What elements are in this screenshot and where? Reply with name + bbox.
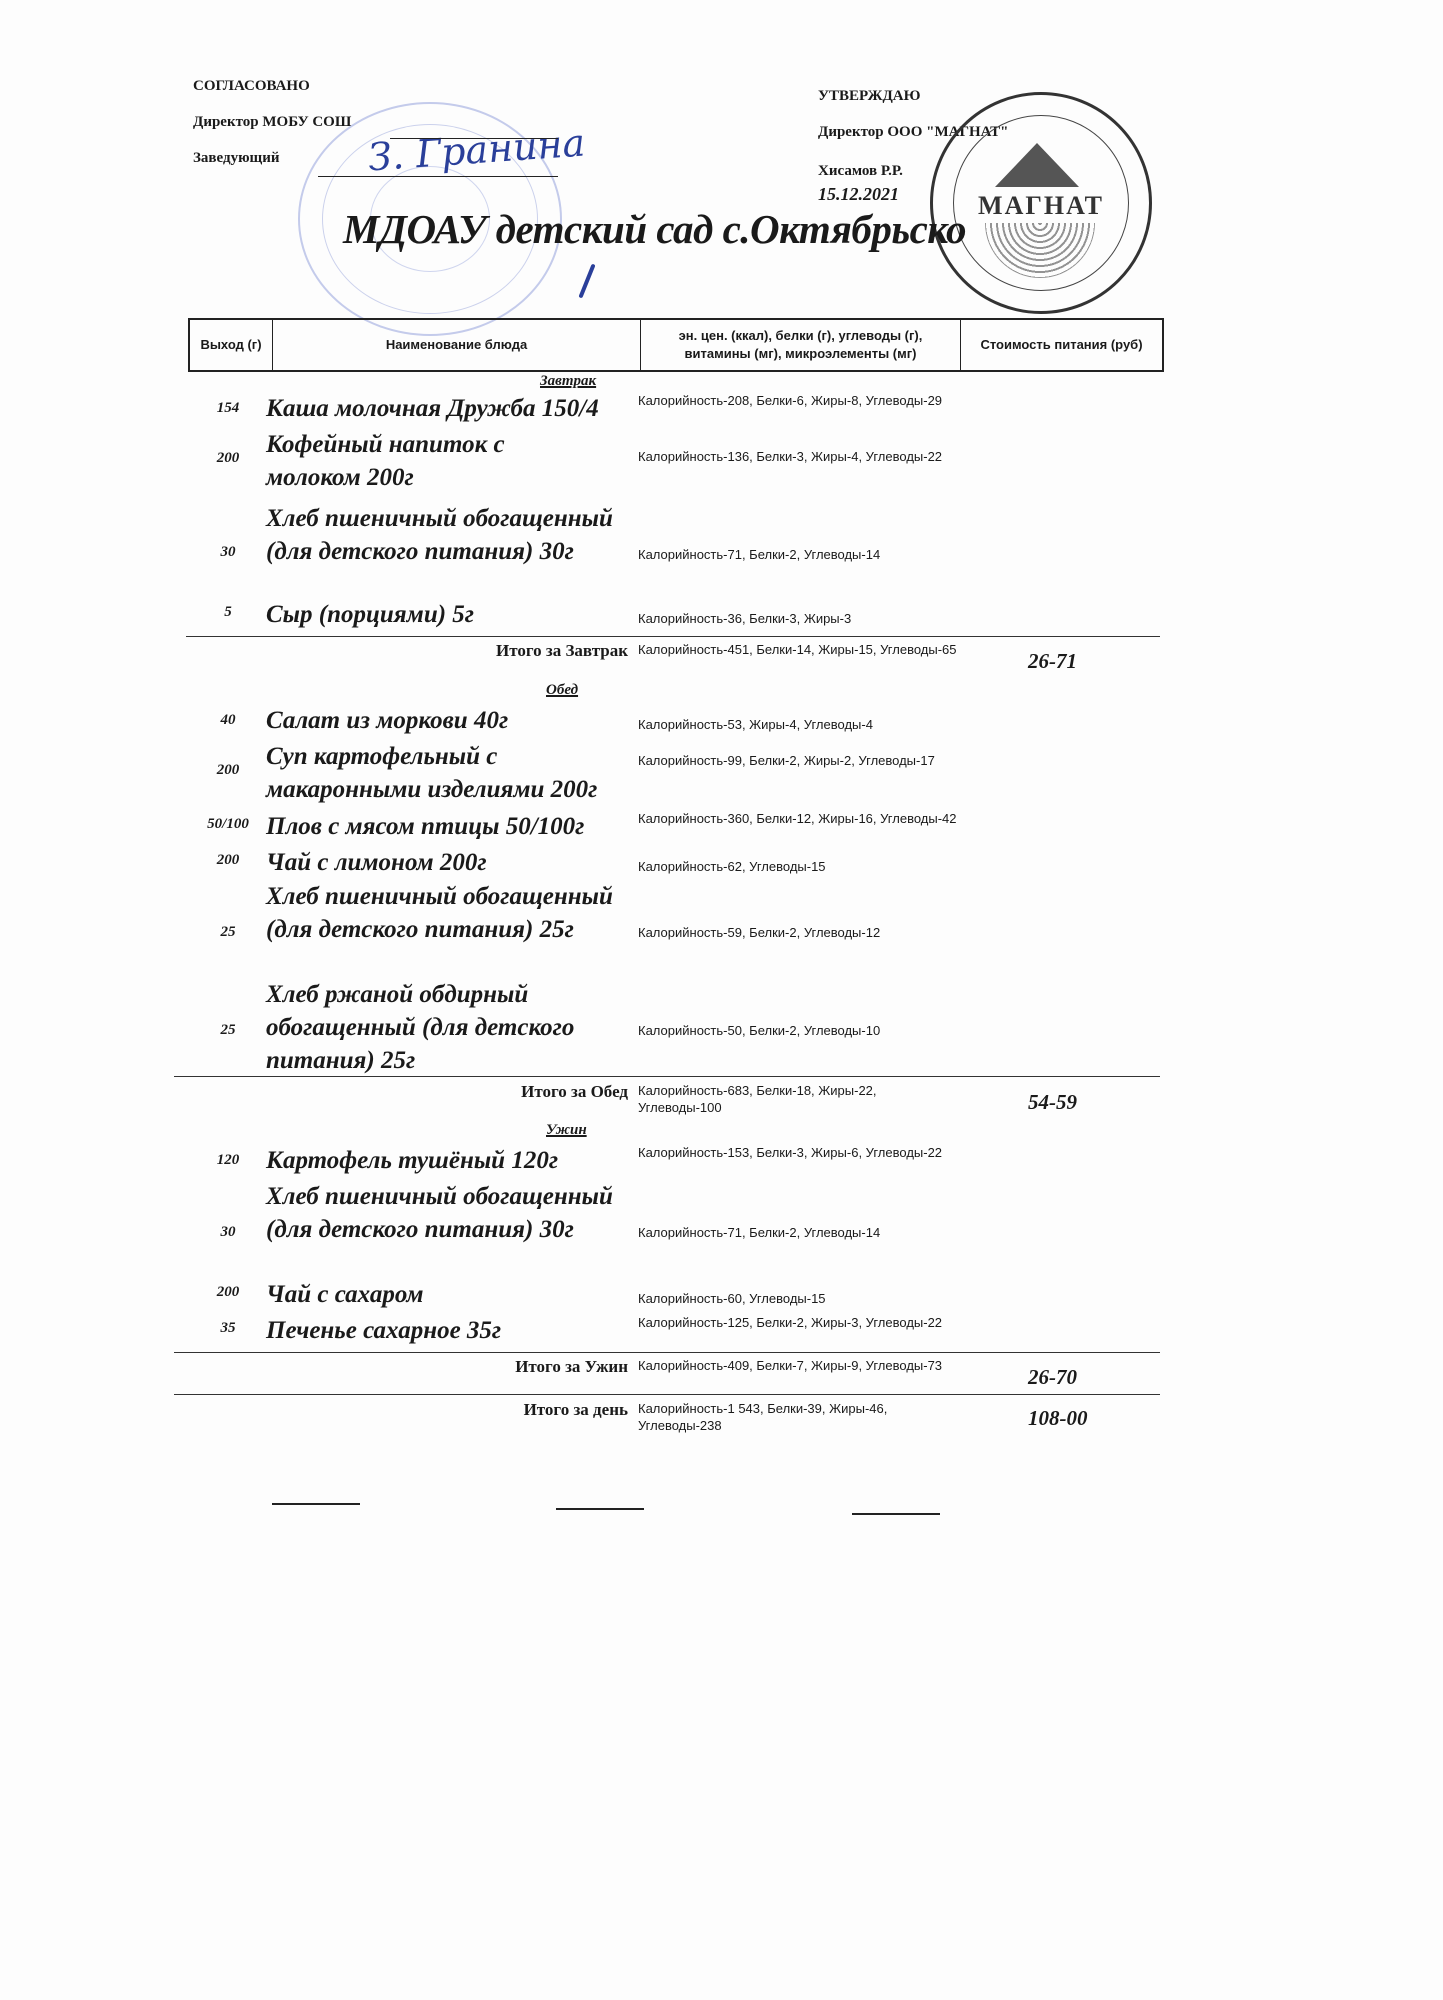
row-nutrition: Калорийность-62, Углеводы-15 — [638, 858, 958, 875]
signature-line-2 — [318, 176, 558, 177]
divider — [186, 636, 1160, 637]
row-yield: 5 — [188, 604, 268, 621]
mountain-logo-icon — [995, 143, 1079, 187]
row-yield: 25 — [188, 1022, 268, 1039]
row-nutrition: Калорийность-136, Белки-3, Жиры-4, Углев… — [638, 448, 958, 465]
row-nutrition: Калорийность-360, Белки-12, Жиры-16, Угл… — [638, 810, 958, 827]
footer-signature-line-1 — [272, 1503, 360, 1505]
total-label: Итого за день — [524, 1400, 628, 1420]
row-yield: 30 — [188, 544, 268, 561]
row-nutrition: Калорийность-60, Углеводы-15 — [638, 1290, 958, 1307]
approval-right-name: Хисамов Р.Р. — [818, 163, 903, 180]
row-nutrition: Калорийность-36, Белки-3, Жиры-3 — [638, 610, 958, 627]
row-nutrition: Калорийность-59, Белки-2, Углеводы-12 — [638, 924, 958, 941]
footer-signature-line-3 — [852, 1513, 940, 1515]
total-nutrition: Калорийность-451, Белки-14, Жиры-15, Угл… — [638, 641, 958, 658]
row-dish: Хлеб пшеничный обогащенный (для детского… — [266, 1180, 616, 1246]
row-dish: Салат из моркови 40г — [266, 704, 636, 737]
row-yield: 40 — [188, 712, 268, 729]
total-cost: 26-70 — [1028, 1365, 1077, 1390]
header-dish: Наименование блюда — [272, 320, 640, 370]
total-label: Итого за Завтрак — [496, 641, 628, 661]
row-nutrition: Калорийность-71, Белки-2, Углеводы-14 — [638, 1224, 958, 1241]
row-yield: 200 — [188, 762, 268, 779]
section-title-dinner: Ужин — [546, 1122, 587, 1139]
row-nutrition: Калорийность-53, Жиры-4, Углеводы-4 — [638, 716, 958, 733]
row-dish: Хлеб пшеничный обогащенный (для детского… — [266, 880, 616, 946]
row-dish: Плов с мясом птицы 50/100г — [266, 810, 636, 843]
total-nutrition: Калорийность-1 543, Белки-39, Жиры-46, У… — [638, 1400, 958, 1434]
row-dish: Чай с сахаром — [266, 1278, 636, 1311]
total-label: Итого за Обед — [521, 1082, 628, 1102]
table-header: Выход (г) Наименование блюда эн. цен. (к… — [188, 318, 1164, 372]
row-yield: 200 — [188, 852, 268, 869]
total-nutrition: Калорийность-409, Белки-7, Жиры-9, Углев… — [638, 1357, 958, 1374]
divider — [174, 1352, 1160, 1353]
row-nutrition: Калорийность-208, Белки-6, Жиры-8, Углев… — [638, 392, 958, 409]
row-nutrition: Калорийность-99, Белки-2, Жиры-2, Углево… — [638, 752, 958, 769]
row-yield: 154 — [188, 400, 268, 417]
stamp-pattern — [985, 223, 1095, 278]
row-dish: Суп картофельный с макаронными изделиями… — [266, 740, 636, 806]
approval-left-heading: СОГЛАСОВАНО — [193, 78, 310, 95]
approval-left-position: Директор МОБУ СОШ — [193, 114, 351, 131]
header-yield: Выход (г) — [190, 320, 272, 370]
page-title: МДОАУ детский сад с.Октябрьско — [343, 205, 966, 253]
row-yield: 35 — [188, 1320, 268, 1337]
total-cost: 54-59 — [1028, 1090, 1077, 1115]
row-yield: 200 — [188, 1284, 268, 1301]
total-cost: 108-00 — [1028, 1406, 1088, 1431]
section-title-lunch: Обед — [546, 682, 578, 699]
row-nutrition: Калорийность-153, Белки-3, Жиры-6, Углев… — [638, 1144, 958, 1161]
header-cost: Стоимость питания (руб) — [960, 320, 1162, 370]
row-dish: Хлеб пшеничный обогащенный (для детского… — [266, 502, 616, 568]
row-dish: Сыр (порциями) 5г — [266, 598, 636, 631]
pen-mark — [578, 264, 595, 299]
row-dish: Хлеб ржаной обдирный обогащенный (для де… — [266, 978, 616, 1077]
row-dish: Печенье сахарное 35г — [266, 1314, 636, 1347]
row-yield: 120 — [188, 1152, 268, 1169]
menu-document: З. Гранина СОГЛАСОВАНО Директор МОБУ СОШ… — [0, 0, 1443, 2000]
approval-right-heading: УТВЕРЖДАЮ — [818, 88, 921, 105]
row-nutrition: Калорийность-125, Белки-2, Жиры-3, Углев… — [638, 1314, 958, 1331]
row-dish: Картофель тушёный 120г — [266, 1144, 636, 1177]
company-stamp: МАГНАТ — [930, 92, 1152, 314]
row-yield: 200 — [188, 450, 268, 467]
signature-line-1 — [390, 138, 558, 139]
total-cost: 26-71 — [1028, 649, 1077, 674]
row-dish: Каша молочная Дружба 150/4 — [266, 392, 636, 425]
row-nutrition: Калорийность-71, Белки-2, Углеводы-14 — [638, 546, 958, 563]
divider — [174, 1394, 1160, 1395]
header-nutrition: эн. цен. (ккал), белки (г), углеводы (г)… — [640, 320, 960, 370]
approval-date: 15.12.2021 — [818, 184, 899, 205]
row-dish: Чай с лимоном 200г — [266, 846, 636, 879]
row-yield: 30 — [188, 1224, 268, 1241]
row-yield: 50/100 — [188, 816, 268, 833]
total-nutrition: Калорийность-683, Белки-18, Жиры-22, Угл… — [638, 1082, 958, 1116]
row-nutrition: Калорийность-50, Белки-2, Углеводы-10 — [638, 1022, 958, 1039]
row-dish: Кофейный напиток с молоком 200г — [266, 428, 566, 494]
section-title-breakfast: Завтрак — [540, 373, 596, 390]
approval-left-role: Заведующий — [193, 150, 279, 167]
total-label: Итого за Ужин — [515, 1357, 628, 1377]
row-yield: 25 — [188, 924, 268, 941]
footer-signature-line-2 — [556, 1508, 644, 1510]
divider — [174, 1076, 1160, 1077]
